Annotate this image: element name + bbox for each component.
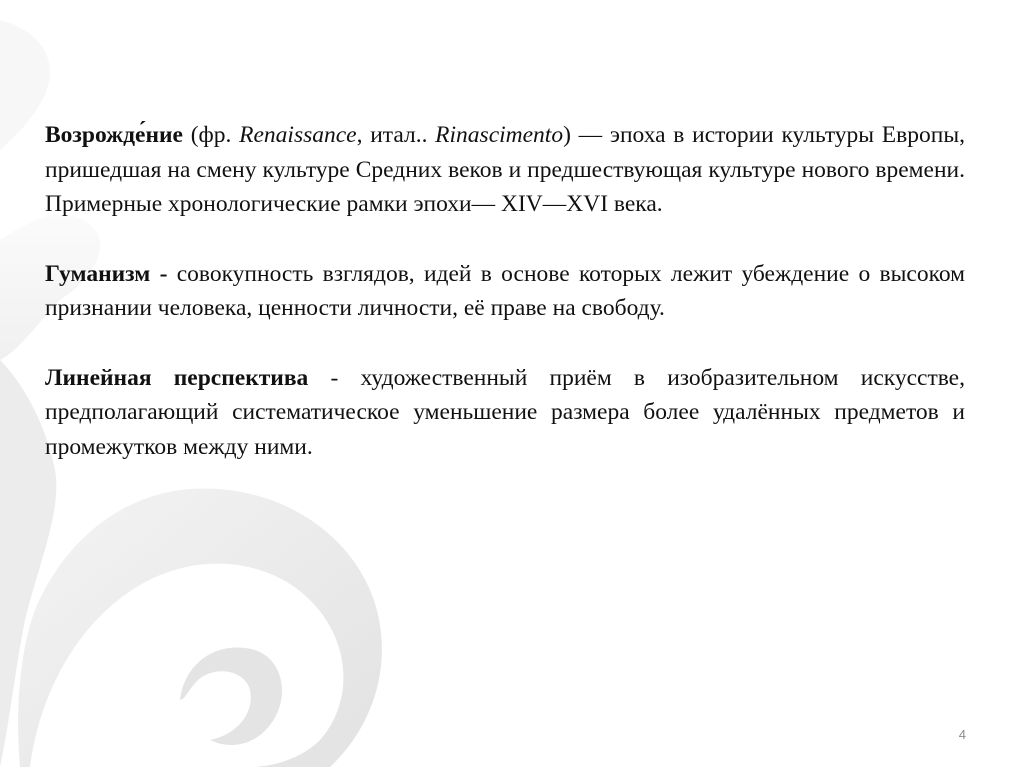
italic-rinascimento: Rinascimento [435,122,563,148]
paragraph-humanism: Гуманизм - совокупность взглядов, идей в… [45,257,965,326]
paragraph-linear-perspective: Линейная перспектива - художественный пр… [45,361,965,465]
term-humanism: Гуманизм - [45,261,167,287]
paragraph-renaissance: Возрожде́ние (фр. Renaissance, итал.. Ri… [45,118,965,222]
term-linear-perspective: Линейная перспектива [45,365,308,391]
slide-body: Возрожде́ние (фр. Renaissance, итал.. Ri… [45,118,965,499]
page-number: 4 [959,727,966,742]
text: совокупность взглядов, идей в основе кот… [45,261,965,322]
text: (фр. [183,122,239,148]
slide: Возрожде́ние (фр. Renaissance, итал.. Ri… [0,0,1024,767]
italic-renaissance: Renaissance [239,122,356,148]
term-renaissance: Возрожде́ние [45,122,183,148]
text: , итал.. [357,122,436,148]
